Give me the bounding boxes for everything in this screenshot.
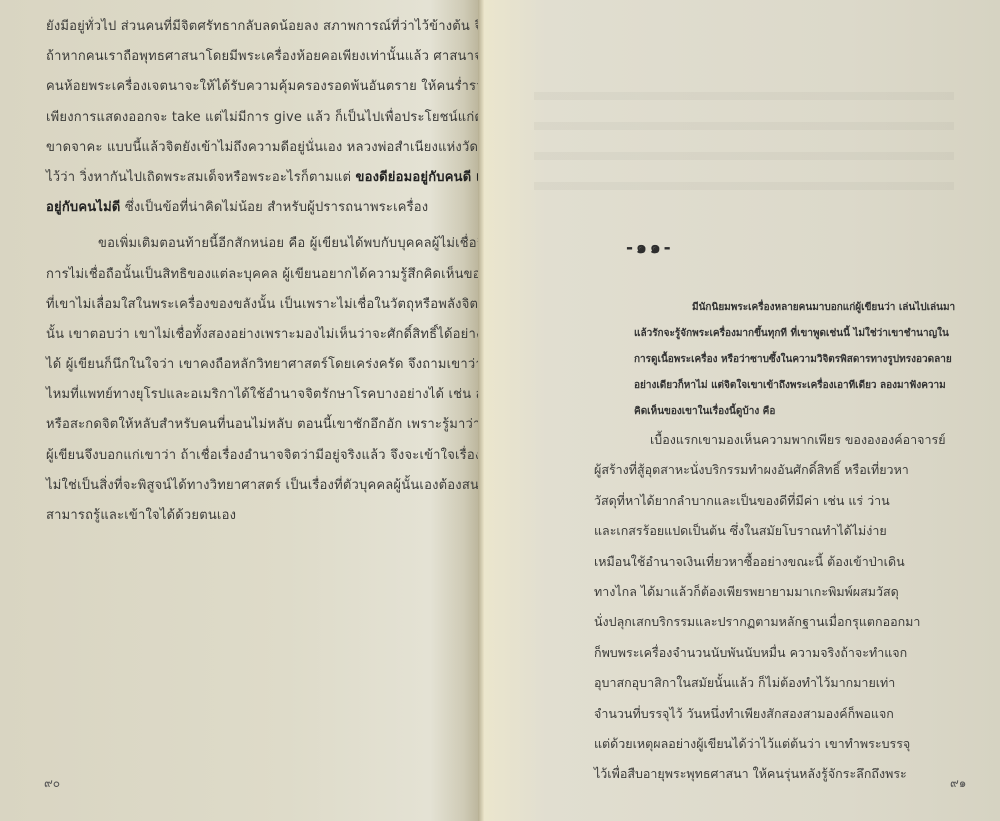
text-line: วัสดุที่หาได้ยากลำบากและเป็นของดีที่มีค่…: [594, 486, 954, 516]
text-line: ขาดจาคะ แบบนี้แล้วจิตยังเข้าไม่ถึงความดี…: [46, 133, 478, 163]
text-line: ก็พบพระเครื่องจำนวนนับพันนับหมื่น ความจร…: [594, 638, 954, 668]
text-line: อุบาสกอุบาสิกาในสมัยนั้นแล้ว ก็ไม่ต้องทำ…: [594, 668, 954, 698]
bold-emphasis: อยู่กับคนไม่ดี: [46, 200, 120, 215]
text-line: เหมือนใช้อำนาจเงินเที่ยวหาซื้ออย่างขณะนี…: [594, 547, 954, 577]
text-line: ที่เขาไม่เลื่อมใสในพระเครื่องของขลังนั้น…: [46, 290, 478, 320]
text-line: การไม่เชื่อถือนั้นเป็นสิทธิของแต่ละบุคคล…: [46, 260, 478, 290]
chapter-heading: -๑๑-: [626, 234, 674, 261]
text-line: นั้น เขาตอบว่า เขาไม่เชื่อทั้งสองอย่างเพ…: [46, 320, 478, 350]
text-line: สามารถรู้และเข้าใจได้ด้วยตนเอง: [46, 501, 478, 531]
text-line: ไว้ว่า วิ่งหากันไปเถิดพระสมเด็จหรือพระอะ…: [46, 163, 478, 193]
text-line: อยู่กับคนไม่ดี ซึ่งเป็นข้อที่น่าคิดไม่น้…: [46, 193, 478, 223]
bold-emphasis: ของดีย่อมอยู่กับคนดี และของดี: [355, 170, 478, 185]
text-line: ไม่ใช่เป็นสิ่งที่จะพิสูจน์ได้ทางวิทยาศาส…: [46, 471, 478, 501]
text-line: ไหมที่แพทย์ทางยุโรปและอเมริกาได้ใช้อำนาจ…: [46, 380, 478, 410]
page-number: ๙๑: [950, 774, 966, 793]
book-spread: ยังมีอยู่ทั่วไป ส่วนคนที่มีจิตศรัทธากลับ…: [0, 0, 1000, 821]
text-line: มีนักนิยมพระเครื่องหลายคนมาบอกแก่ผู้เขีย…: [634, 295, 954, 321]
text-line: และเกสรร้อยแปดเป็นต้น ซึ่งในสมัยโบราณทำไ…: [594, 516, 954, 546]
text-line: นั่งปลุกเสกบริกรรมและปรากฏตามหลักฐานเมื่…: [594, 607, 954, 637]
text-line: แล้วรักจะรู้จักพระเครื่องมากขึ้นทุกที ที…: [634, 321, 954, 347]
text-line: หรือสะกดจิตให้หลับสำหรับคนที่นอนไม่หลับ …: [46, 410, 478, 440]
text-line: ขอเพิ่มเติมตอนท้ายนี้อีกสักหน่อย คือ ผู้…: [46, 229, 478, 259]
text-line: ยังมีอยู่ทั่วไป ส่วนคนที่มีจิตศรัทธากลับ…: [46, 12, 478, 42]
right-page-body: เบื้องแรกเขามองเห็นความพากเพียร ของององค…: [594, 425, 954, 790]
left-page: ยังมีอยู่ทั่วไป ส่วนคนที่มีจิตศรัทธากลับ…: [0, 0, 478, 821]
text-line: เบื้องแรกเขามองเห็นความพากเพียร ของององค…: [594, 425, 954, 455]
right-page: -๑๑- มีนักนิยมพระเครื่องหลายคนมาบอกแก่ผู…: [484, 0, 1000, 821]
text-segment: ซึ่งเป็นข้อที่น่าคิดไม่น้อย สำหรับผู้ปรา…: [120, 200, 428, 215]
text-line: ผู้เขียนจึงบอกแก่เขาว่า ถ้าเชื่อเรื่องอำ…: [46, 441, 478, 471]
show-through-texture: [534, 70, 954, 200]
text-line: คนห้อยพระเครื่องเจตนาจะให้ได้รับความคุ้ม…: [46, 72, 478, 102]
text-line: ได้ ผู้เขียนก็นึกในใจว่า เขาคงถือหลักวิท…: [46, 350, 478, 380]
text-line: ถ้าหากคนเราถือพุทธศาสนาโดยมีพระเครื่องห้…: [46, 42, 478, 72]
text-line: ไว้เพื่อสืบอายุพระพุทธศาสนา ให้คนรุ่นหลั…: [594, 759, 954, 789]
text-line: ทางไกล ได้มาแล้วก็ต้องเพียรพยายามมาเกะพิ…: [594, 577, 954, 607]
text-segment: ไว้ว่า วิ่งหากันไปเถิดพระสมเด็จหรือพระอะ…: [46, 170, 351, 185]
left-page-text: ยังมีอยู่ทั่วไป ส่วนคนที่มีจิตศรัทธากลับ…: [46, 12, 478, 531]
text-line: จำนวนที่บรรจุไว้ วันหนึ่งทำเพียงสักสองสา…: [594, 699, 954, 729]
text-line: คิดเห็นของเขาในเรื่องนี้ดูบ้าง คือ: [634, 399, 954, 425]
text-line: การดูเนื้อพระเครื่อง หรือว่าซาบซึ้งในควา…: [634, 347, 954, 373]
text-line: ผู้สร้างที่สู้อุตสาหะนั่งบริกรรมทำผงอันศ…: [594, 455, 954, 485]
text-line: เพียงการแสดงออกจะ take แต่ไม่มีการ give …: [46, 103, 478, 133]
intro-quote: มีนักนิยมพระเครื่องหลายคนมาบอกแก่ผู้เขีย…: [634, 295, 954, 425]
page-number: ๙๐: [44, 774, 60, 793]
text-line: อย่างเดียวก็หาไม่ แต่จิตใจเขาเข้าถึงพระเ…: [634, 373, 954, 399]
text-line: แต่ด้วยเหตุผลอย่างผู้เขียนได้ว่าไว้แต่ต้…: [594, 729, 954, 759]
